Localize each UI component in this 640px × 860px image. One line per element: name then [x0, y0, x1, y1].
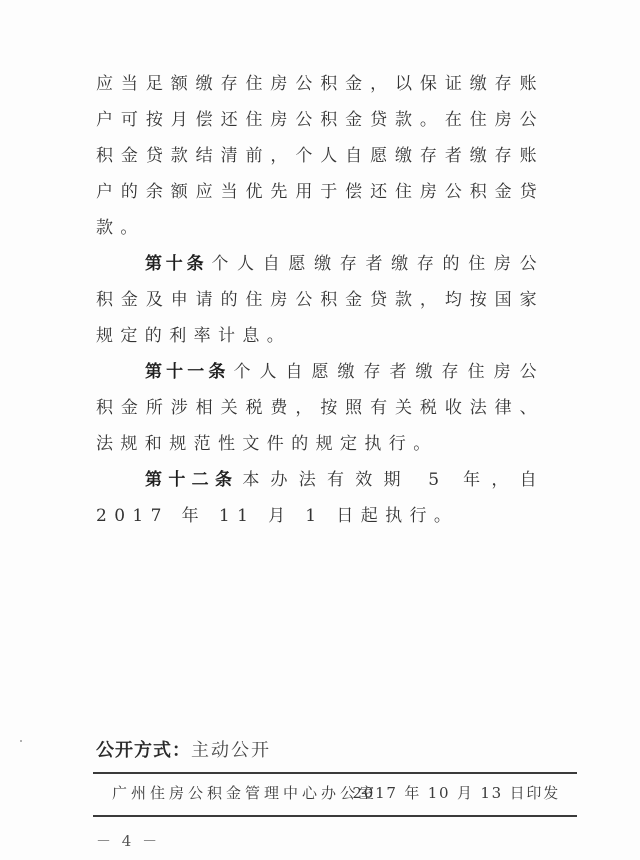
footer-rule-top [93, 772, 577, 774]
disclosure-value: 主动公开 [191, 740, 271, 761]
issue-date: 2017 年 10 月 13 日印发 [352, 782, 560, 803]
footer-rule-bottom [93, 815, 577, 817]
paragraph-continuation: 应当足额缴存住房公积金，以保证缴存账户可按月偿还住房公积金贷款。在住房公积金贷款… [96, 66, 544, 246]
paragraph-article-11: 第十一条个人自愿缴存者缴存住房公积金所涉相关税费，按照有关税收法律、法规和规范性… [96, 354, 544, 462]
disclosure-line: 公开方式：主动公开 [96, 736, 271, 762]
issuer-name: 广州住房公积金管理中心办公室 [112, 782, 378, 803]
document-body: 应当足额缴存住房公积金，以保证缴存账户可按月偿还住房公积金贷款。在住房公积金贷款… [96, 66, 544, 534]
document-page: 应当足额缴存住房公积金，以保证缴存账户可按月偿还住房公积金贷款。在住房公积金贷款… [0, 0, 640, 860]
paragraph-article-12: 第十二条本办法有效期 5 年，自 2017 年 11 月 1 日起执行。 [96, 462, 544, 534]
article-label: 第十一条 [145, 362, 229, 382]
scan-speck [20, 740, 22, 742]
article-label: 第十二条 [145, 470, 238, 490]
page-number: － 4 － [96, 830, 160, 851]
article-label: 第十条 [145, 254, 207, 274]
paragraph-text: 应当足额缴存住房公积金，以保证缴存账户可按月偿还住房公积金贷款。在住房公积金贷款… [96, 74, 544, 238]
paragraph-article-10: 第十条个人自愿缴存者缴存的住房公积金及申请的住房公积金贷款，均按国家规定的利率计… [96, 246, 544, 354]
disclosure-label: 公开方式： [96, 740, 191, 761]
